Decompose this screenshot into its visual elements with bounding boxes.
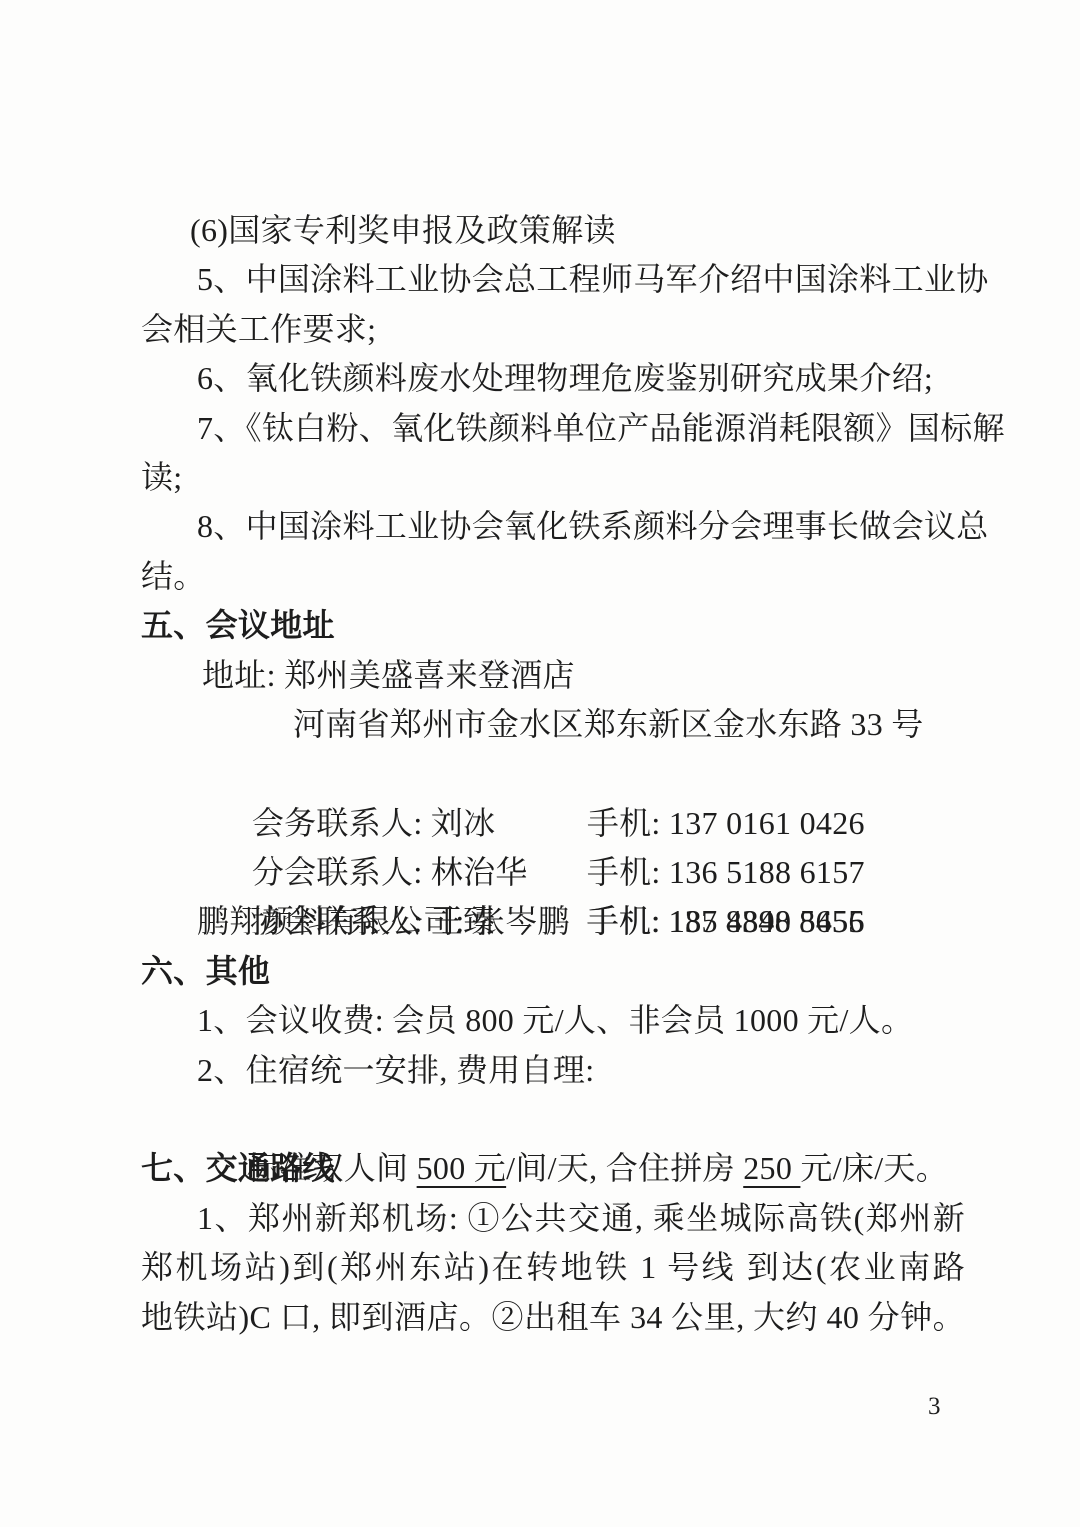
accommodation-line: 2、住宿统一安排, 费用自理: xyxy=(141,1046,965,1095)
contact-person: 会务联系人: 刘冰 xyxy=(252,799,587,848)
fee-line: 1、会议收费: 会员 800 元/人、非会员 1000 元/人。 xyxy=(141,996,965,1045)
venue-address-line-1: 地址: 郑州美盛喜来登酒店 xyxy=(141,651,965,700)
page-number: 3 xyxy=(928,1392,941,1422)
rate-text: /间/天, 合住拼房 xyxy=(506,1150,743,1186)
transport-line-3: 地铁站)C 口, 即到酒店。②出租车 34 公里, 大约 40 分钟。 xyxy=(141,1293,965,1342)
rate-text: 元/床/天。 xyxy=(800,1150,948,1186)
agenda-item-7-line-2: 读; xyxy=(141,453,965,502)
document-body: (6)国家专利奖申报及政策解读 5、中国涂料工业协会总工程师马军介绍中国涂料工业… xyxy=(141,206,965,1342)
transport-line-2: 郑机场站)到(郑州东站)在转地铁 1 号线 到达(农业南路 xyxy=(141,1243,965,1292)
contact-row-conference: 会务联系人: 刘冰手机: 137 0161 0426 xyxy=(141,749,965,798)
contact-phone: 手机: 137 0161 0426 xyxy=(587,805,865,841)
agenda-item-8-line-1: 8、中国涂料工业协会氧化铁系颜料分会理事长做会议总 xyxy=(141,502,965,551)
rate-double-room: 500 元 xyxy=(417,1150,507,1186)
agenda-item-8-line-2: 结。 xyxy=(141,552,965,601)
agenda-item-5-line-2: 会相关工作要求; xyxy=(141,305,965,354)
rate-shared-room: 250 xyxy=(743,1150,800,1186)
agenda-item-6-wastewater: 6、氧化铁颜料废水处理物理危废鉴别研究成果介绍; xyxy=(141,354,965,403)
agenda-item-5-line-1: 5、中国涂料工业协会总工程师马军介绍中国涂料工业协 xyxy=(141,255,965,304)
document-page: (6)国家专利奖申报及政策解读 5、中国涂料工业协会总工程师马军介绍中国涂料工业… xyxy=(0,0,1080,1527)
agenda-item-6-patent: (6)国家专利奖申报及政策解读 xyxy=(141,206,965,255)
section-heading-venue: 五、会议地址 xyxy=(141,601,965,650)
contact-person: 分会联系人: 林治华 xyxy=(252,848,587,897)
contact-phone: 手机: 136 5188 6157 xyxy=(587,854,865,890)
transport-line-1: 1、郑州新郑机场: ①公共交通, 乘坐城际高铁(郑州新 xyxy=(141,1194,965,1243)
contact-row-company: 鹏翔颜料有限公司: 张岑鹏 手机: 137 8348 8655 xyxy=(141,897,965,946)
agenda-item-7-line-1: 7、《钛白粉、氧化铁颜料单位产品能源消耗限额》国标解 xyxy=(141,404,965,453)
room-rate-line: 标准双人间 500 元/间/天, 合住拼房 250 元/床/天。 xyxy=(141,1095,965,1144)
section-heading-other: 六、其他 xyxy=(141,947,965,996)
venue-address-line-2: 河南省郑州市金水区郑东新区金水东路 33 号 xyxy=(141,700,965,749)
